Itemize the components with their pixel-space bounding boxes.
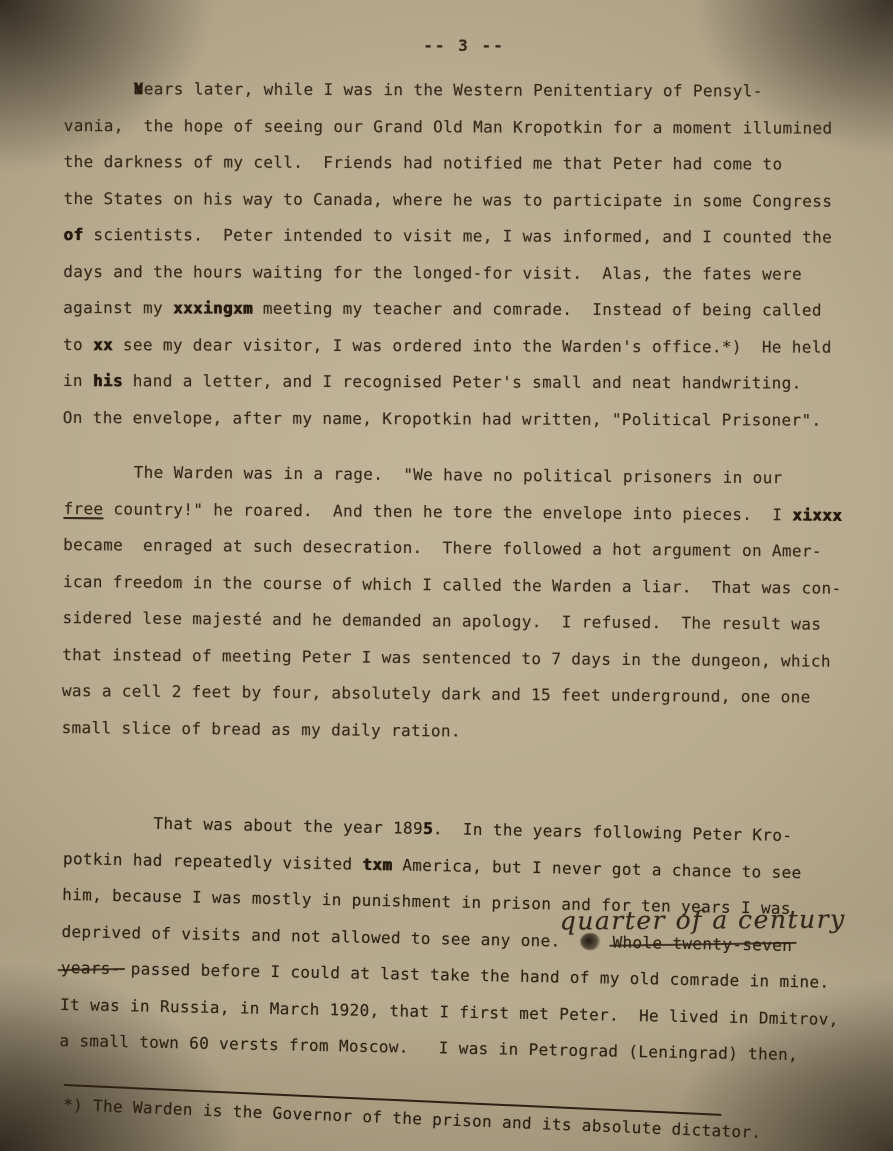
text-line: free country!" he roared. And then he to… [63,490,863,533]
text-segment [64,78,134,97]
text-line: in his hand a letter, and I recognised P… [63,362,863,401]
text-segment: hand a letter, and I recognised Peter's … [123,371,802,392]
document-page: -- 3 -- NYears later, while I was in the… [0,0,893,1151]
text-segment: The Warden was in a rage. "We have no po… [64,461,783,486]
text-segment: of [63,224,83,243]
text-segment: his [93,371,123,390]
text-segment: passed before I could at last take the h… [121,959,830,992]
text-segment: country!" he roared. And then he tore th… [103,498,792,523]
text-segment: deprived of visits and not allowed to se… [61,921,580,950]
text-segment: potkin had repeatedly visited [63,848,363,873]
text-line: NYears later, while I was in the Western… [64,71,864,110]
text-segment: became enraged at such desecration. Ther… [63,534,822,560]
text-segment: in [63,370,93,389]
struck-out-text: years- [61,957,121,977]
text-segment: was a cell 2 feet by four, absolutely da… [62,680,811,706]
text-line: vania, the hope of seeing our Grand Old … [64,107,864,146]
text-segment: days and the hours waiting for the longe… [63,261,802,283]
handwritten-annotation: quarter of a century [560,901,846,939]
paragraph-3: That was about the year 1895. In the yea… [59,804,864,1075]
text-segment: xixxx [792,504,842,523]
text-line: The Warden was in a rage. "We have no po… [64,454,864,497]
text-segment: the darkness of my cell. Friends had not… [64,151,783,173]
text-segment: sidered lese majesté and he demanded an … [62,607,821,633]
text-line: ican freedom in the course of which I ca… [63,563,863,606]
underlined-text: free [63,498,103,517]
text-segment: see my dear visitor, I was ordered into … [113,334,832,356]
text-line: the darkness of my cell. Friends had not… [64,143,864,182]
text-segment: ears later, while I was in the Western P… [144,79,763,100]
text-segment: xxxingxm [173,298,253,317]
text-line: small slice of bread as my daily ration. [61,709,861,752]
text-segment: against my [63,297,173,316]
text-line: that instead of meeting Peter I was sent… [62,636,862,679]
text-segment: It was in Russia, in March 1920, that I … [60,994,839,1028]
text-segment: a small town 60 versts from Moscow. I wa… [59,1030,798,1063]
text-line: against my xxxingxm meeting my teacher a… [63,289,863,328]
text-segment: the States on his way to Canada, where h… [64,188,833,210]
text-segment: That was about the year 189 [63,811,423,837]
text-line: of scientists. Peter intended to visit m… [63,216,863,255]
text-line: sidered lese majesté and he demanded an … [62,599,862,642]
text-segment: xx [93,334,113,353]
footnote: *) The Warden is the Governor of the pri… [63,1084,864,1151]
text-segment: that instead of meeting Peter I was sent… [62,644,831,670]
footnote-text: *) The Warden is the Governor of the pri… [63,1090,864,1151]
text-line: the States on his way to Canada, where h… [63,180,863,219]
page-number: -- 3 -- [64,28,864,65]
text-segment: to [63,334,93,353]
text-segment: meeting my teacher and comrade. Instead … [253,298,822,319]
text-segment: America, but I never got a chance to see [392,854,802,881]
text-line: became enraged at such desecration. Ther… [63,526,863,569]
typed-text: -- 3 -- NYears later, while I was in the… [64,28,864,1059]
paragraph-1: NYears later, while I was in the Western… [63,71,864,439]
text-line: On the envelope, after my name, Kropotki… [63,399,863,438]
text-segment: small slice of bread as my daily ration. [62,717,461,739]
paragraph-2: The Warden was in a rage. "We have no po… [61,454,864,753]
text-segment: vania, the hope of seeing our Grand Old … [64,115,833,137]
text-line: days and the hours waiting for the longe… [63,253,863,292]
text-segment: . In the years following Peter Kro- [433,819,793,845]
text-line: to xx see my dear visitor, I was ordered… [63,326,863,365]
text-line: was a cell 2 feet by four, absolutely da… [62,672,862,715]
text-segment: On the envelope, after my name, Kropotki… [63,407,822,429]
text-segment: scientists. Peter intended to visit me, … [83,225,832,247]
text-segment: txm [362,854,392,874]
text-segment: ican freedom in the course of which I ca… [63,571,842,597]
